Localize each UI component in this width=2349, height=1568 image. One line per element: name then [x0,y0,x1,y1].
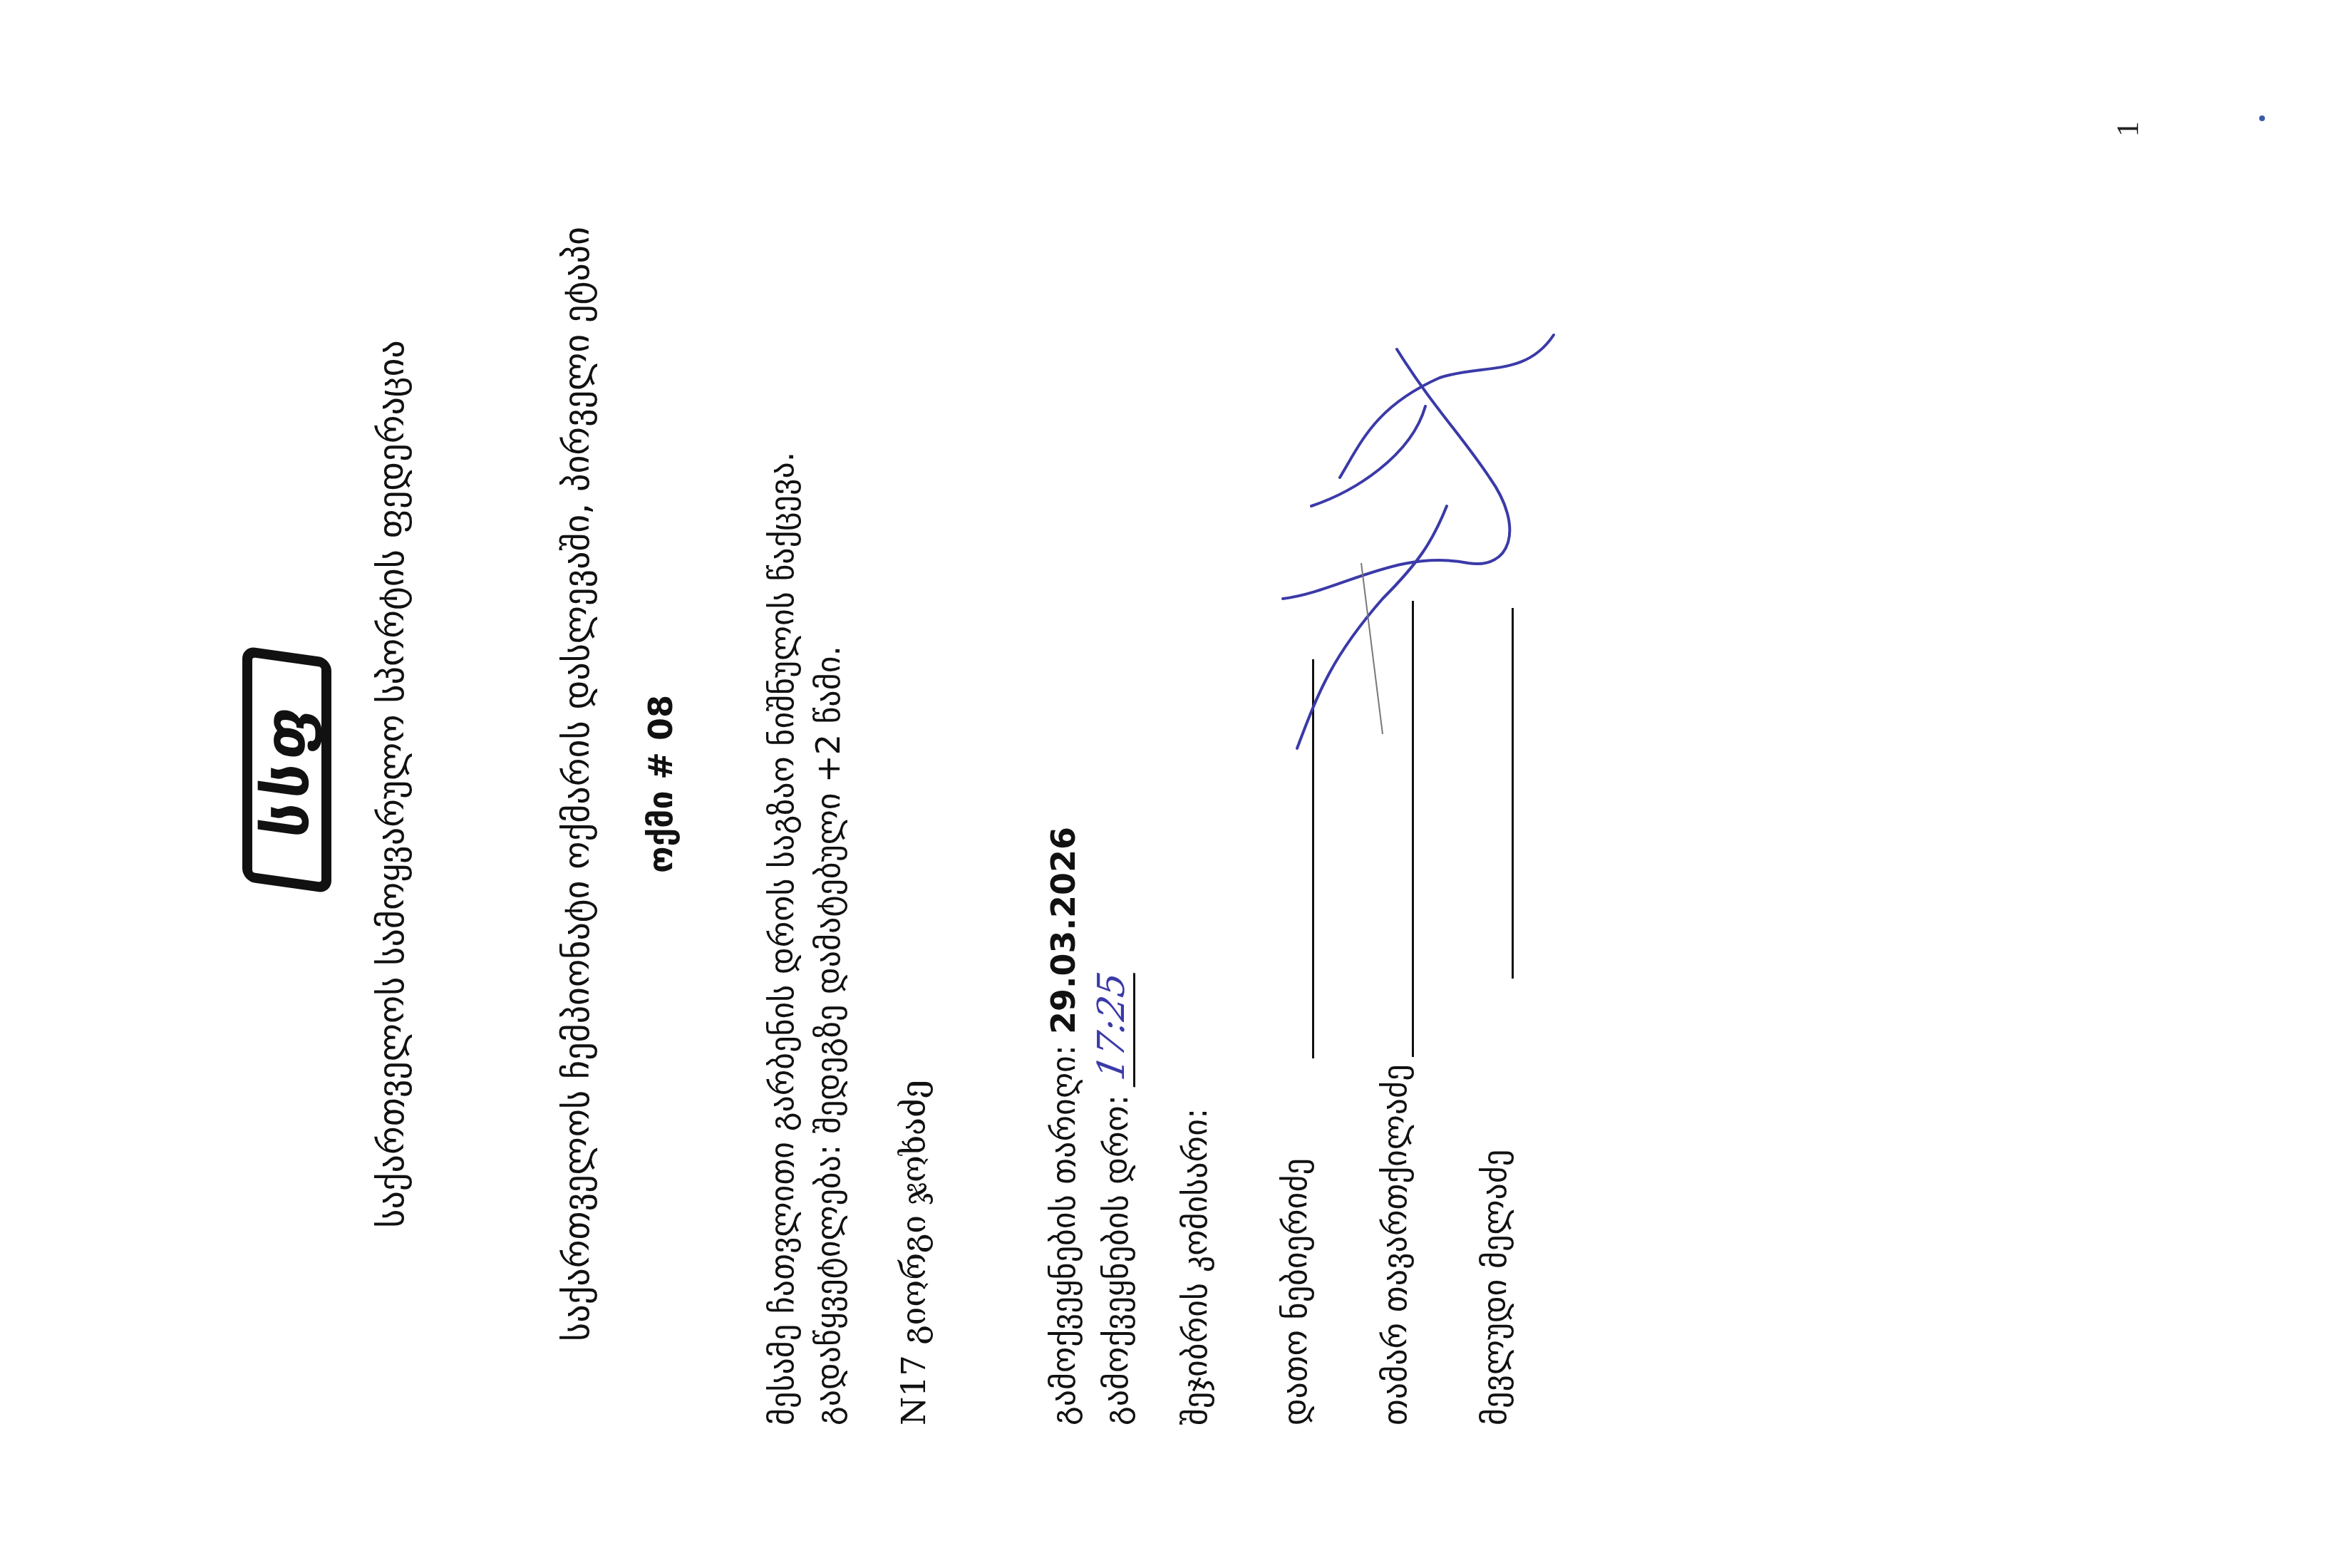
publication-date-value: 29.03.2026 [1044,827,1083,1034]
member-name: თამარ თავართქილაძე [1375,1064,1414,1425]
member-name: დათო ნებიერიძე [1276,1158,1314,1425]
event-title: საქართველოს ჩემპიონატი ოქმარის დასლევაში… [556,0,597,1568]
scan-mark [2259,115,2265,121]
publication-time-label: გამოქვეყნების დრო: [1097,1095,1135,1425]
participant-name: N17 გიორგი ჯოხაძე [894,1080,933,1425]
federation-logo-icon: სსფ [242,646,331,894]
handwritten-signature-icon [1254,292,1589,777]
page-number: 1 [2110,121,2146,137]
organization-title: საქართველოს სამოყვარულო სპორტის ფედერაცი… [371,0,412,1568]
protocol-number: ოქმი # 08 [641,0,680,1568]
logo-text: სსფ [252,697,323,842]
decision-text: გადაწყვეტილება: შედეგზე დამატებული +2 წა… [809,646,847,1425]
commission-title: შეჯიბრის კომისარი: [1176,1108,1214,1425]
member-name: მევლუდი მელაძე [1475,1150,1514,1425]
document-page: 1 სსფ საქართველოს სამოყვარულო სპორტის ფე… [0,0,2349,1568]
publication-time-value: 17:25 [1090,965,1135,1087]
publication-date: გამოქვეყნების თარიღი: 29.03.2026 [1044,827,1083,1425]
publication-date-label: გამოქვეყნების თარიღი: [1044,1045,1083,1425]
publication-time: გამოქვეყნების დრო: 17:25 [1090,969,1135,1425]
incident-text: მესამე ჩათვლითი გარბენის დროს საგზაო ნიშ… [763,452,801,1425]
